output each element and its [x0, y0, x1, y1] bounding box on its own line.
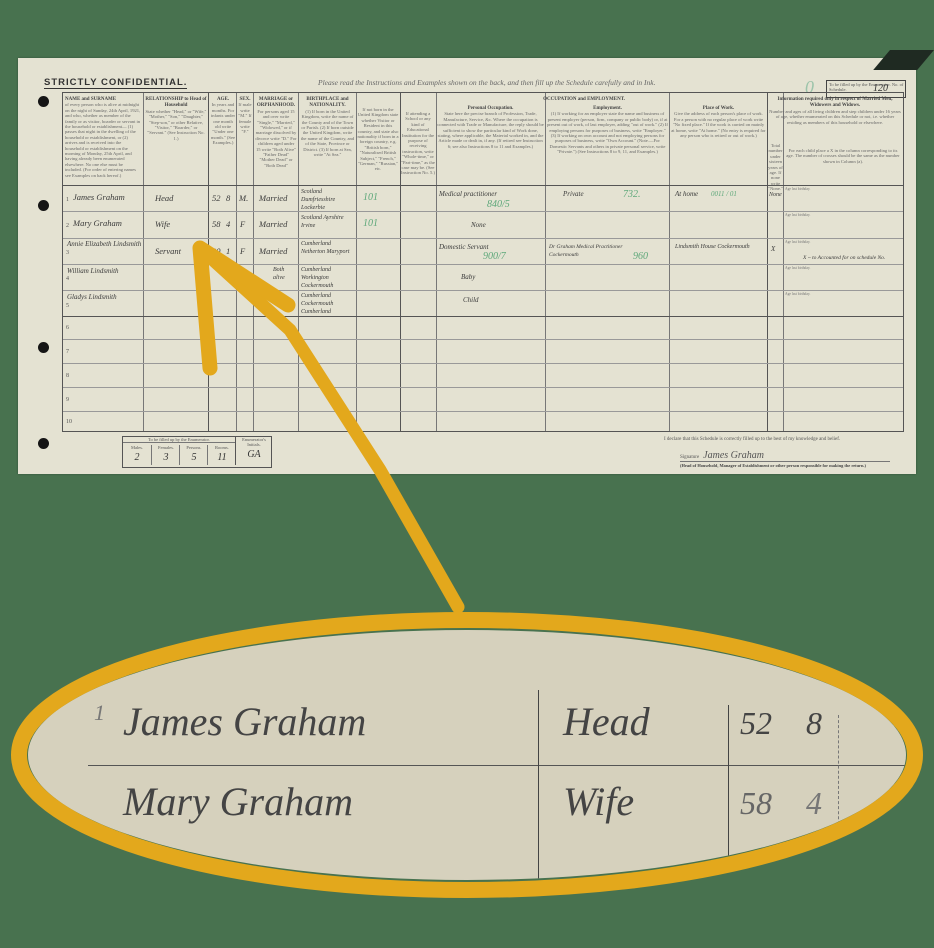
inset-age-months: 8 [806, 705, 822, 742]
relationship: Wife [155, 219, 170, 229]
sex: M. [239, 193, 248, 203]
col-header-marriage: MARRIAGE or ORPHANHOOD.For persons aged … [255, 96, 297, 168]
occupation: None [471, 221, 486, 229]
col-header-place-of-work: Place of Work.Give the address of each p… [671, 105, 766, 138]
inset-col-divider [838, 715, 839, 880]
age-months: 1 [226, 246, 230, 256]
row-number: 1 [66, 197, 69, 203]
age-years: 30 [212, 246, 221, 256]
col-header-employment: Employment.(1) If working for an employe… [547, 105, 668, 155]
child-age-label: Age last birthday. [785, 213, 810, 217]
marriage: Married [259, 246, 287, 256]
birthplace: Cumberland Cockermouth Cumberland [301, 292, 356, 316]
occupation: Child [463, 296, 479, 304]
children-note: X ~ to Accounted for on schedule No. [803, 255, 885, 261]
inset-age-months: 4 [806, 785, 822, 822]
birthplace: Cumberland Workington Cockermouth [301, 266, 356, 290]
inset-row-divider [88, 765, 906, 766]
occupation: Medical practitioner [439, 190, 497, 198]
child-age-label: Age last birthday. [785, 266, 810, 270]
child-age-label: Age last birthday. [785, 187, 810, 191]
birthplace: Cumberland Netherton Maryport [301, 240, 356, 256]
place-of-work: At home [675, 190, 698, 198]
signature-line [680, 461, 890, 462]
age-months: 4 [226, 219, 230, 229]
col-header-age: AGE.In years and months. For infants und… [210, 96, 236, 146]
person-name: William Lindsmith [67, 267, 119, 275]
age-years: 58 [212, 219, 221, 229]
inset-row-number: 1 [94, 700, 105, 726]
occupation: Domestic Servant [439, 243, 489, 251]
sex: M [243, 271, 248, 277]
schedule-number-label: To be filled up by the Enumerator. No. o… [829, 82, 905, 92]
nationality-code: 101 [363, 192, 378, 203]
row-number: 3 [66, 250, 69, 256]
row-number: 5 [66, 303, 69, 309]
signature-row: SignatureJames Graham [680, 450, 764, 461]
person-name: Gladys Lindsmith [67, 293, 117, 301]
punch-hole [38, 438, 49, 449]
age-years: 52 [212, 193, 221, 203]
sex: F [240, 246, 245, 256]
enumerator-summary-title: To be filled up by the Enumerator. [123, 437, 235, 443]
inset-age-years: 52 [740, 705, 772, 742]
declaration-text: I declare that this Schedule is correctl… [664, 437, 840, 442]
occupation-code: 840/5 [487, 199, 510, 210]
inset-name: Mary Graham [123, 778, 353, 825]
zoom-inset-paper: 1 James Graham Head 52 8 Mary Graham Wif… [28, 630, 906, 880]
employment-code: 960 [633, 251, 648, 262]
inset-col-divider [728, 705, 729, 880]
row-number: 2 [66, 223, 69, 229]
sex: F [240, 219, 245, 229]
person-name: James Graham [73, 192, 125, 202]
occupation: Baby [461, 273, 475, 281]
zoom-inset: 1 James Graham Head 52 8 Mary Graham Wif… [0, 590, 934, 948]
relationship: Head [155, 193, 173, 203]
col-header-children: Information required only in respect of … [769, 96, 901, 125]
employment: Private [563, 190, 584, 198]
row-number: 4 [66, 276, 69, 282]
row-number: 9 [66, 397, 69, 403]
col-header-sex: SEX.If male write "M." If female write "… [237, 96, 253, 135]
signature-caption: (Head of Household, Manager of Establish… [680, 463, 866, 468]
col-header-birthplace: BIRTHPLACE and NATIONALITY.(1) If born i… [300, 96, 355, 157]
birthplace: Scotland Ayrshire Irvine [301, 214, 356, 230]
marriage: Married [259, 219, 287, 229]
inset-relationship: Head [563, 698, 650, 745]
summary-females: Females.3 [151, 445, 180, 465]
row-number: 10 [66, 419, 72, 425]
row-number: 6 [66, 325, 69, 331]
punch-hole [38, 200, 49, 211]
col-header-personal-occupation: Personal Occupation.State here the preci… [437, 105, 544, 149]
summary-persons: Persons.5 [179, 445, 208, 465]
place-code: 0011 / 01 [711, 190, 737, 198]
marriage: do [277, 295, 283, 301]
inset-name: James Graham [123, 698, 366, 745]
place-of-work: Lindsmith House Cockermouth [675, 243, 755, 251]
document-title: STRICTLY CONFIDENTIAL. [44, 77, 187, 89]
children-total: X [771, 245, 775, 253]
col-header-children-ages: For each child place a X in the column c… [785, 148, 901, 164]
col-header-nationality: If not born in the United Kingdom state … [357, 107, 399, 172]
relationship: Servant [155, 246, 181, 256]
enumerator-initials: Enumerator's Initials.GA [235, 437, 272, 465]
instructions-line: Please read the Instructions and Example… [318, 78, 656, 87]
child-age-label: Age last birthday. [785, 292, 810, 296]
inset-age-years: 58 [740, 785, 772, 822]
col-header-relationship: RELATIONSHIP to Head of HouseholdState w… [145, 96, 207, 141]
inset-col-divider [538, 690, 539, 880]
nationality-code: 101 [363, 218, 378, 229]
col-header-education: If attending a School or any kind of Edu… [401, 111, 435, 176]
page-corner-shadow [873, 50, 934, 70]
occupation-group-header: OCCUPATION and EMPLOYMENT. [401, 96, 767, 102]
punch-hole [38, 342, 49, 353]
children-total: None [769, 192, 782, 198]
person-name: Mary Graham [73, 218, 122, 228]
summary-males: Males.2 [123, 445, 151, 465]
punch-hole [38, 96, 49, 107]
row-number: 7 [66, 349, 69, 355]
signature-label: Signature [680, 455, 699, 460]
employment-code: 732. [623, 189, 641, 200]
enumerator-summary-box: To be filled up by the Enumerator. Males… [122, 436, 272, 468]
marriage: Married [259, 193, 287, 203]
col-header-name: NAME and SURNAMEof every person who is a… [65, 96, 141, 178]
age-months: 8 [226, 193, 230, 203]
person-name: Annie Elizabeth Lindsmith [67, 240, 143, 249]
row-number: 8 [66, 373, 69, 379]
census-table: NAME and SURNAMEof every person who is a… [62, 92, 904, 432]
summary-rooms: Rooms.11 [207, 445, 236, 465]
birthplace: Scotland Dumfriesshire Lockerbie [301, 188, 356, 212]
child-age-label: Age last birthday. [785, 240, 810, 244]
marriage: Both alive [273, 266, 295, 282]
age-months: 4 mos 3 wks [223, 267, 245, 279]
occupation-code: 900/7 [483, 251, 506, 262]
signature: James Graham [703, 450, 764, 461]
inset-relationship: Wife [563, 778, 634, 825]
